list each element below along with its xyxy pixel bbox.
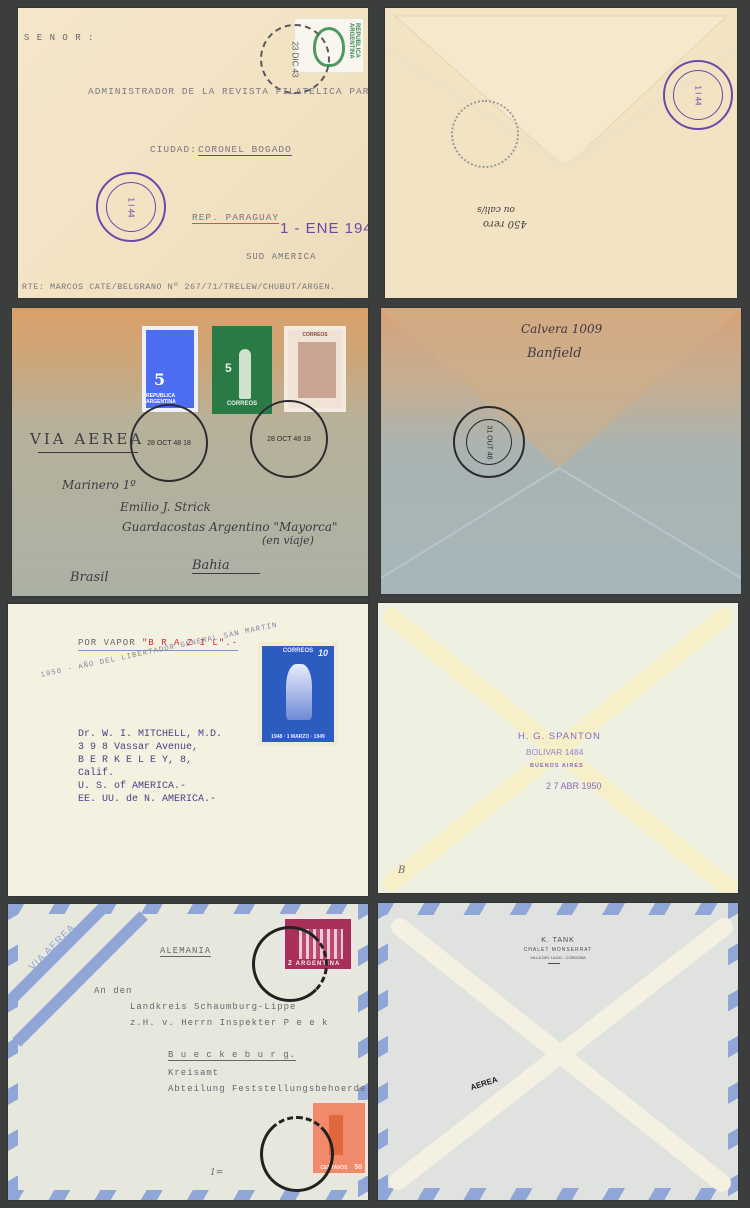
- address-line: Calif.: [78, 767, 222, 780]
- figures-icon: [239, 349, 251, 399]
- airmail-border-top: [8, 904, 368, 914]
- address-line: z.H. v. Herrn Inspekter P e e k: [130, 1018, 328, 1028]
- salutation: S E N O R :: [24, 33, 94, 43]
- address-line: Marinero 1º: [62, 478, 136, 492]
- stamp-text: CORREOS: [288, 332, 342, 338]
- stamp: 5 REPUBLICA ARGENTINA: [142, 326, 198, 412]
- cover-3-front: POR VAPOR "B R A Z I L".- 1950 - AÑO DEL…: [8, 604, 368, 896]
- address-line: Guardacostas Argentino "Mayorca": [122, 520, 338, 534]
- stamp-bottom: 1948 · 1 MARZO · 1949: [271, 734, 325, 740]
- stamp-value: 50: [354, 1164, 362, 1171]
- cover-2-back: Calvera 1009 Banfield 31 OUT 48: [381, 308, 741, 594]
- farmer-icon: [298, 342, 336, 398]
- pencil-note: 450 rero: [483, 218, 527, 229]
- address-line: Abteilung Feststellungsbehoerde.: [168, 1084, 368, 1094]
- stamp: CORREOS: [284, 326, 346, 412]
- cover-2-front: 5 REPUBLICA ARGENTINA 5 CORREOS CORREOS …: [12, 308, 368, 596]
- address-line: EE. UU. de N. AMERICA.-: [78, 793, 222, 806]
- country: Brasil: [70, 570, 109, 585]
- pencil-mark: 1=: [210, 1168, 223, 1178]
- stamp-text: REPUBLICA ARGENTINA: [348, 23, 360, 72]
- date-stamp: 1 - ENE 1944: [280, 220, 368, 237]
- addressee: ADMINISTRADOR DE LA REVISTA FILATELICA P…: [88, 86, 368, 97]
- airmail-label: VIA AEREA: [30, 430, 144, 448]
- city: CORONEL BOGADO: [198, 144, 292, 156]
- pencil-note: ou cali/s: [477, 204, 515, 214]
- airmail-corner-band: [8, 904, 148, 1047]
- address-line: Emilio J. Strick: [120, 500, 211, 514]
- postmark-date: 31 OUT 48: [486, 425, 493, 459]
- stamp-value: 5: [154, 370, 165, 389]
- cover-4-back: K. TANK CHALET MONSERRAT VILLA DEL LAGO …: [378, 903, 738, 1200]
- cover-1-front: S E N O R : REPUBLICA ARGENTINA 23 DIC 4…: [18, 8, 368, 298]
- postmark-date: 28 OCT 48 18: [267, 436, 311, 443]
- postmark: [260, 1116, 334, 1192]
- receiving-mark: 1 I 44: [663, 60, 733, 130]
- sender-city: BUENOS AIRES: [530, 763, 584, 769]
- postmark: 23 DIC 43: [260, 24, 330, 94]
- stamp: 5 CORREOS: [212, 326, 272, 414]
- address-line: An den: [94, 986, 132, 996]
- address-line: B u e c k e b u r g.: [168, 1050, 296, 1061]
- slogan: 1950 - AÑO DEL LIBERTADOR GENERAL SAN MA…: [40, 622, 278, 680]
- sender-line-2: CHALET MONSERRAT: [378, 947, 738, 953]
- postmark: 28 OCT 48 18: [250, 400, 328, 478]
- destination-country: ALEMANIA: [160, 946, 211, 957]
- airmail-border-left: [8, 904, 18, 1200]
- postmark-date: 23 DIC 43: [291, 41, 300, 77]
- receiving-mark-date: 1 I 44: [126, 197, 135, 217]
- continent: SUD AMERICA: [246, 252, 316, 262]
- address-line: 3 9 8 Vassar Avenue,: [78, 741, 222, 754]
- underline: [38, 452, 138, 453]
- stamp-value: 10: [318, 648, 328, 658]
- address-line: Dr. W. I. MITCHELL, M.D.: [78, 728, 222, 741]
- receiving-mark: 1 I 44: [96, 172, 166, 242]
- divider: [548, 963, 560, 964]
- sender: RTE: MARCOS CATE/BELGRANO Nº 267/71/TREL…: [22, 282, 336, 292]
- postmark: 31 OUT 48: [453, 406, 525, 478]
- stamp-text: CORREOS: [227, 401, 257, 407]
- postmark-date: 28 OCT 48 18: [147, 440, 191, 447]
- cover-3-back: H. G. SPANTON BOLIVAR 1484 BUENOS AIRES …: [378, 603, 738, 893]
- address-line: (en viaje): [262, 534, 314, 547]
- address-line: Landkreis Schaumburg-Lippe: [130, 1002, 296, 1012]
- transit-mark: [451, 100, 519, 168]
- cover-1-back: 1 I 44 450 rero ou cali/s: [385, 8, 737, 298]
- wing-icon: [286, 664, 312, 720]
- stamp: CORREOS 10 1948 · 1 MARZO · 1949: [258, 642, 338, 746]
- postmark: [252, 926, 328, 1002]
- stamp-value: 5: [225, 361, 232, 375]
- pencil-note: Calvera 1009: [521, 322, 602, 336]
- sender-street: BOLIVAR 1484: [526, 747, 584, 757]
- address-line: U. S. of AMERICA.-: [78, 780, 222, 793]
- pencil-note: Banfield: [527, 346, 582, 361]
- pencil-mark: B: [398, 865, 405, 876]
- address-line: B E R K E L E Y, 8,: [78, 754, 222, 767]
- address-block: Dr. W. I. MITCHELL, M.D. 3 9 8 Vassar Av…: [78, 728, 222, 806]
- sender-line-3: VILLA DEL LAGO - CÓRDOBA: [378, 955, 738, 960]
- envelope-flap: [385, 8, 737, 298]
- routing-prefix: POR VAPOR: [78, 638, 142, 648]
- address-line: Kreisamt: [168, 1068, 219, 1078]
- date-stamp: 2 7 ABR 1950: [546, 781, 602, 791]
- sender-name: K. TANK: [378, 937, 738, 944]
- cover-4-front: VIA AEREA ALEMANIA 2 ARGENTINA An den La…: [8, 904, 368, 1200]
- address-line: Bahia: [192, 558, 260, 574]
- sender-name: H. G. SPANTON: [518, 731, 601, 742]
- country: REP. PARAGUAY: [192, 212, 279, 224]
- city-label: CIUDAD:: [150, 144, 197, 155]
- airmail-border-bottom: [8, 1190, 368, 1200]
- receiving-mark-date: 1 I 44: [693, 85, 702, 105]
